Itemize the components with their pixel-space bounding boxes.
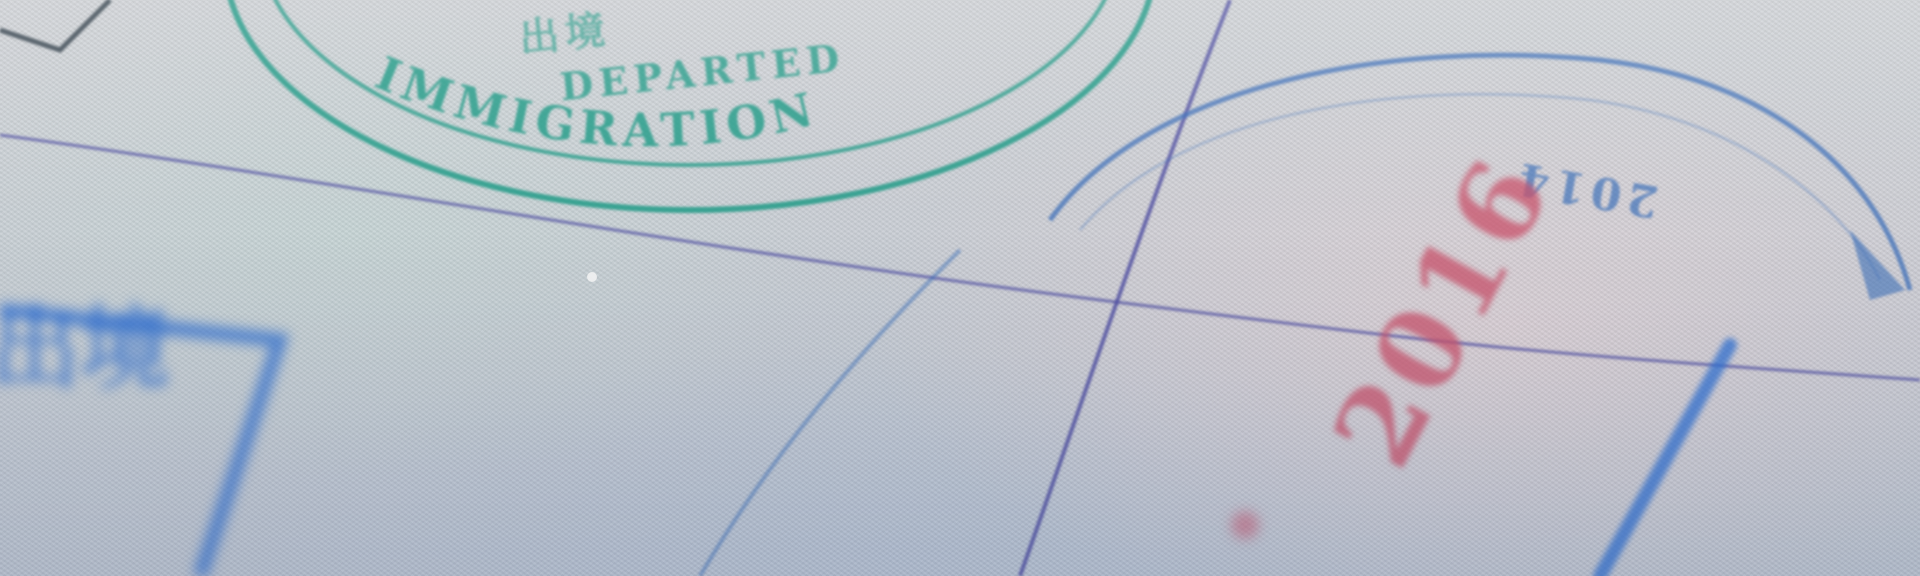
lighting-overlay [0, 0, 1920, 576]
passport-photo: IMMIGRATION DEPARTED 出境 2014 2016 [0, 0, 1920, 576]
